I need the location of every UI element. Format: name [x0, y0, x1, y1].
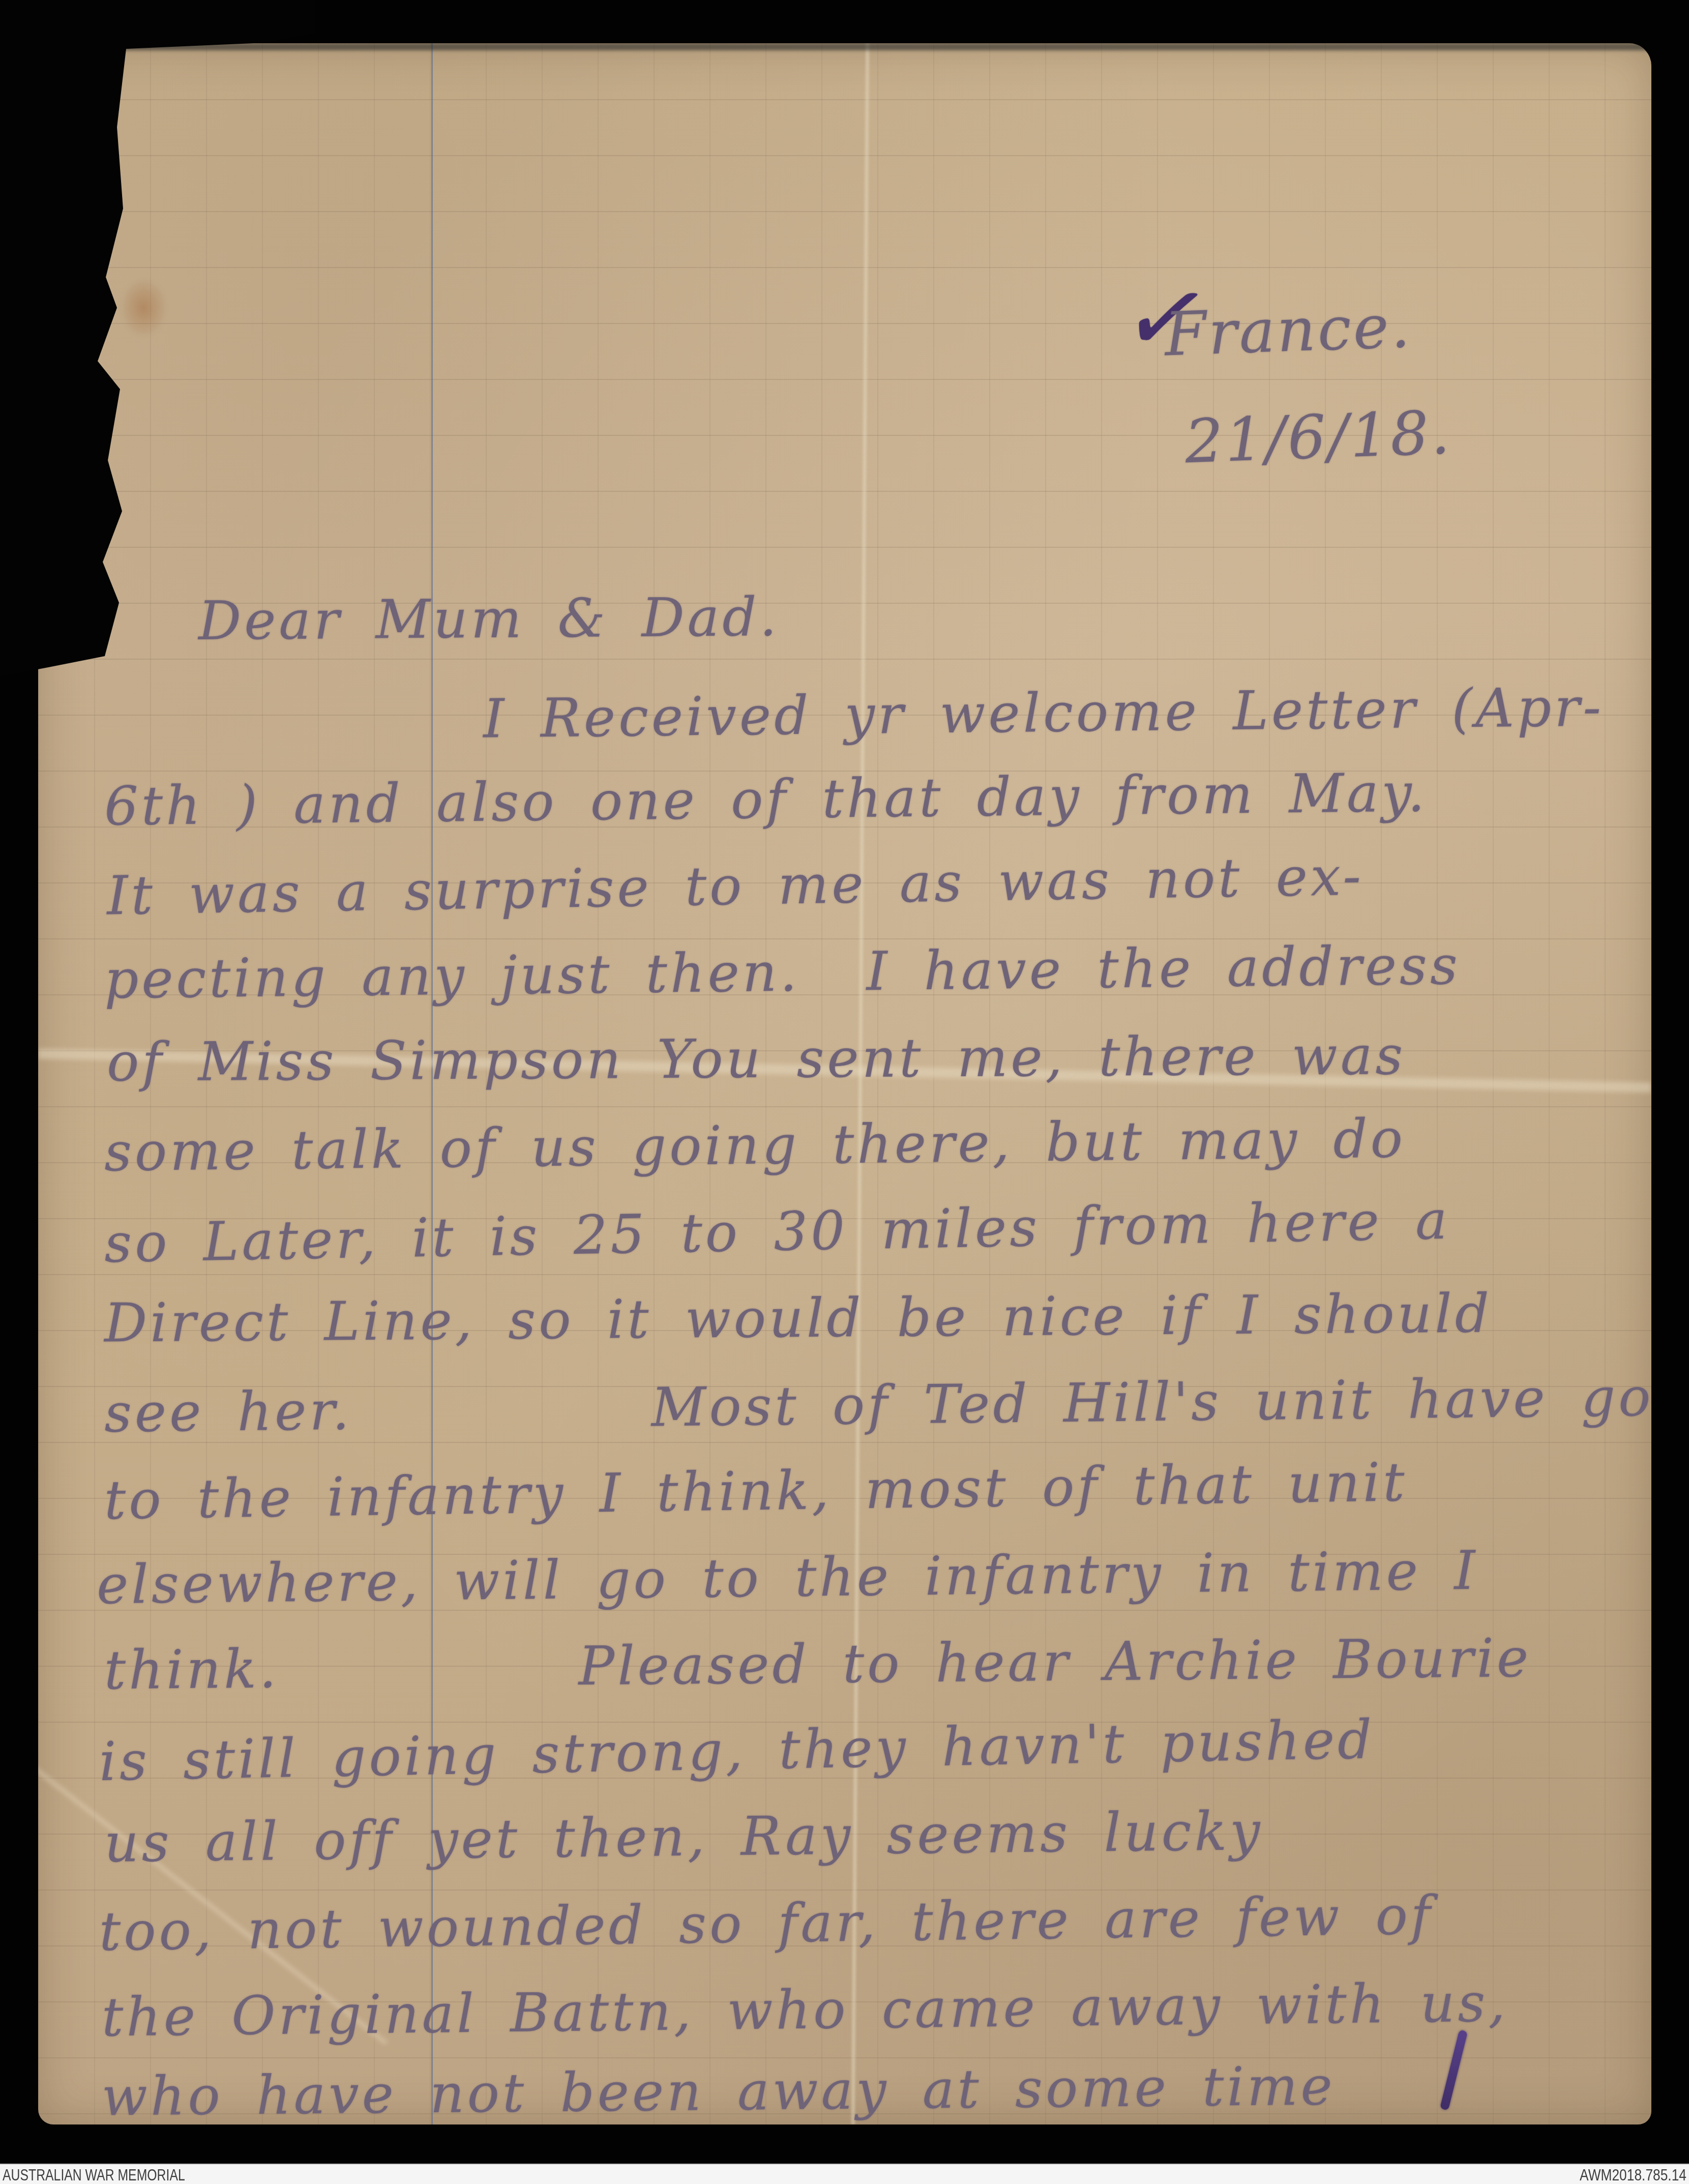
torn-edge	[0, 0, 315, 682]
letter-line: pecting any just then. I have the addres…	[104, 939, 1461, 1007]
heading-place: France.	[1164, 296, 1413, 365]
item-id: AWM2018.785.14	[1580, 2166, 1686, 2184]
letter-line: 6th ) and also one of that day from May.	[104, 766, 1428, 833]
archive-name: AUSTRALIAN WAR MEMORIAL	[3, 2166, 185, 2184]
letter-line: see her. Most of Ted Hill's unit have go…	[104, 1370, 1651, 1440]
footer-bar: AUSTRALIAN WAR MEMORIAL AWM2018.785.14	[0, 2164, 1689, 2184]
letter-line: who have not been away at some time	[102, 2059, 1336, 2123]
letter-line: think. Pleased to hear Archie Bourie	[104, 1632, 1532, 1697]
letter-line: of Miss Simpson You sent me, there was	[107, 1029, 1406, 1089]
letter-line: I Received yr welcome Letter (Apr-	[483, 681, 1605, 746]
letter-line: too, not wounded so far, there are few o…	[99, 1889, 1434, 1959]
letter-line: some talk of us going there, but may do	[104, 1112, 1406, 1179]
letter-line: the Original Battn, who came away with u…	[102, 1976, 1509, 2045]
heading-date: 21/6/18.	[1184, 402, 1453, 471]
scan-background: ✓ France. 21/6/18. Dear Mum & Dad. I Rec…	[0, 0, 1689, 2184]
letter-line: Direct Line, so it would be nice if I sh…	[104, 1287, 1493, 1350]
letter-line: us all off yet then, Ray seems lucky	[104, 1805, 1263, 1870]
letter-line: elsewhere, will go to the infantry in ti…	[97, 1544, 1479, 1612]
